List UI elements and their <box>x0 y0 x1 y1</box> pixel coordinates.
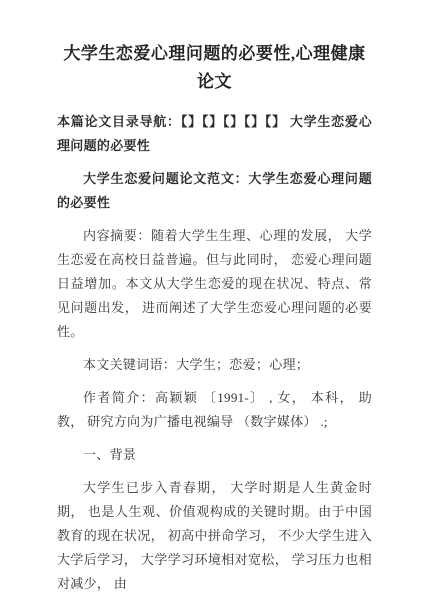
toc-navigation: 本篇论文目录导航：【】【】【】【】【】 大学生恋爱心理问题的必要性 <box>57 110 372 158</box>
author-bio: 作者简介：高颖颖 〔1991-〕 , 女， 本科， 助教， 研究方向为广播电视编… <box>57 386 372 434</box>
body-paragraph-1: 大学生已步入青春期， 大学时期是人生黄金时期， 也是人生观、价值观构成的关键时期… <box>57 476 372 596</box>
abstract: 内容摘要：随着大学生生理、心理的发展， 大学生恋爱在高校日益普遍。但与此同时， … <box>57 224 372 344</box>
section-heading-background: 一、背景 <box>57 443 372 467</box>
document-page: 大学生恋爱心理问题的必要性,心理健康论文 本篇论文目录导航：【】【】【】【】【】… <box>0 0 424 600</box>
keywords: 本文关键词语：大学生；恋爱；心理； <box>57 353 372 377</box>
document-title: 大学生恋爱心理问题的必要性,心理健康论文 <box>57 40 372 96</box>
essay-sample-line: 大学生恋爱问题论文范文：大学生恋爱心理问题的必要性 <box>57 167 372 215</box>
